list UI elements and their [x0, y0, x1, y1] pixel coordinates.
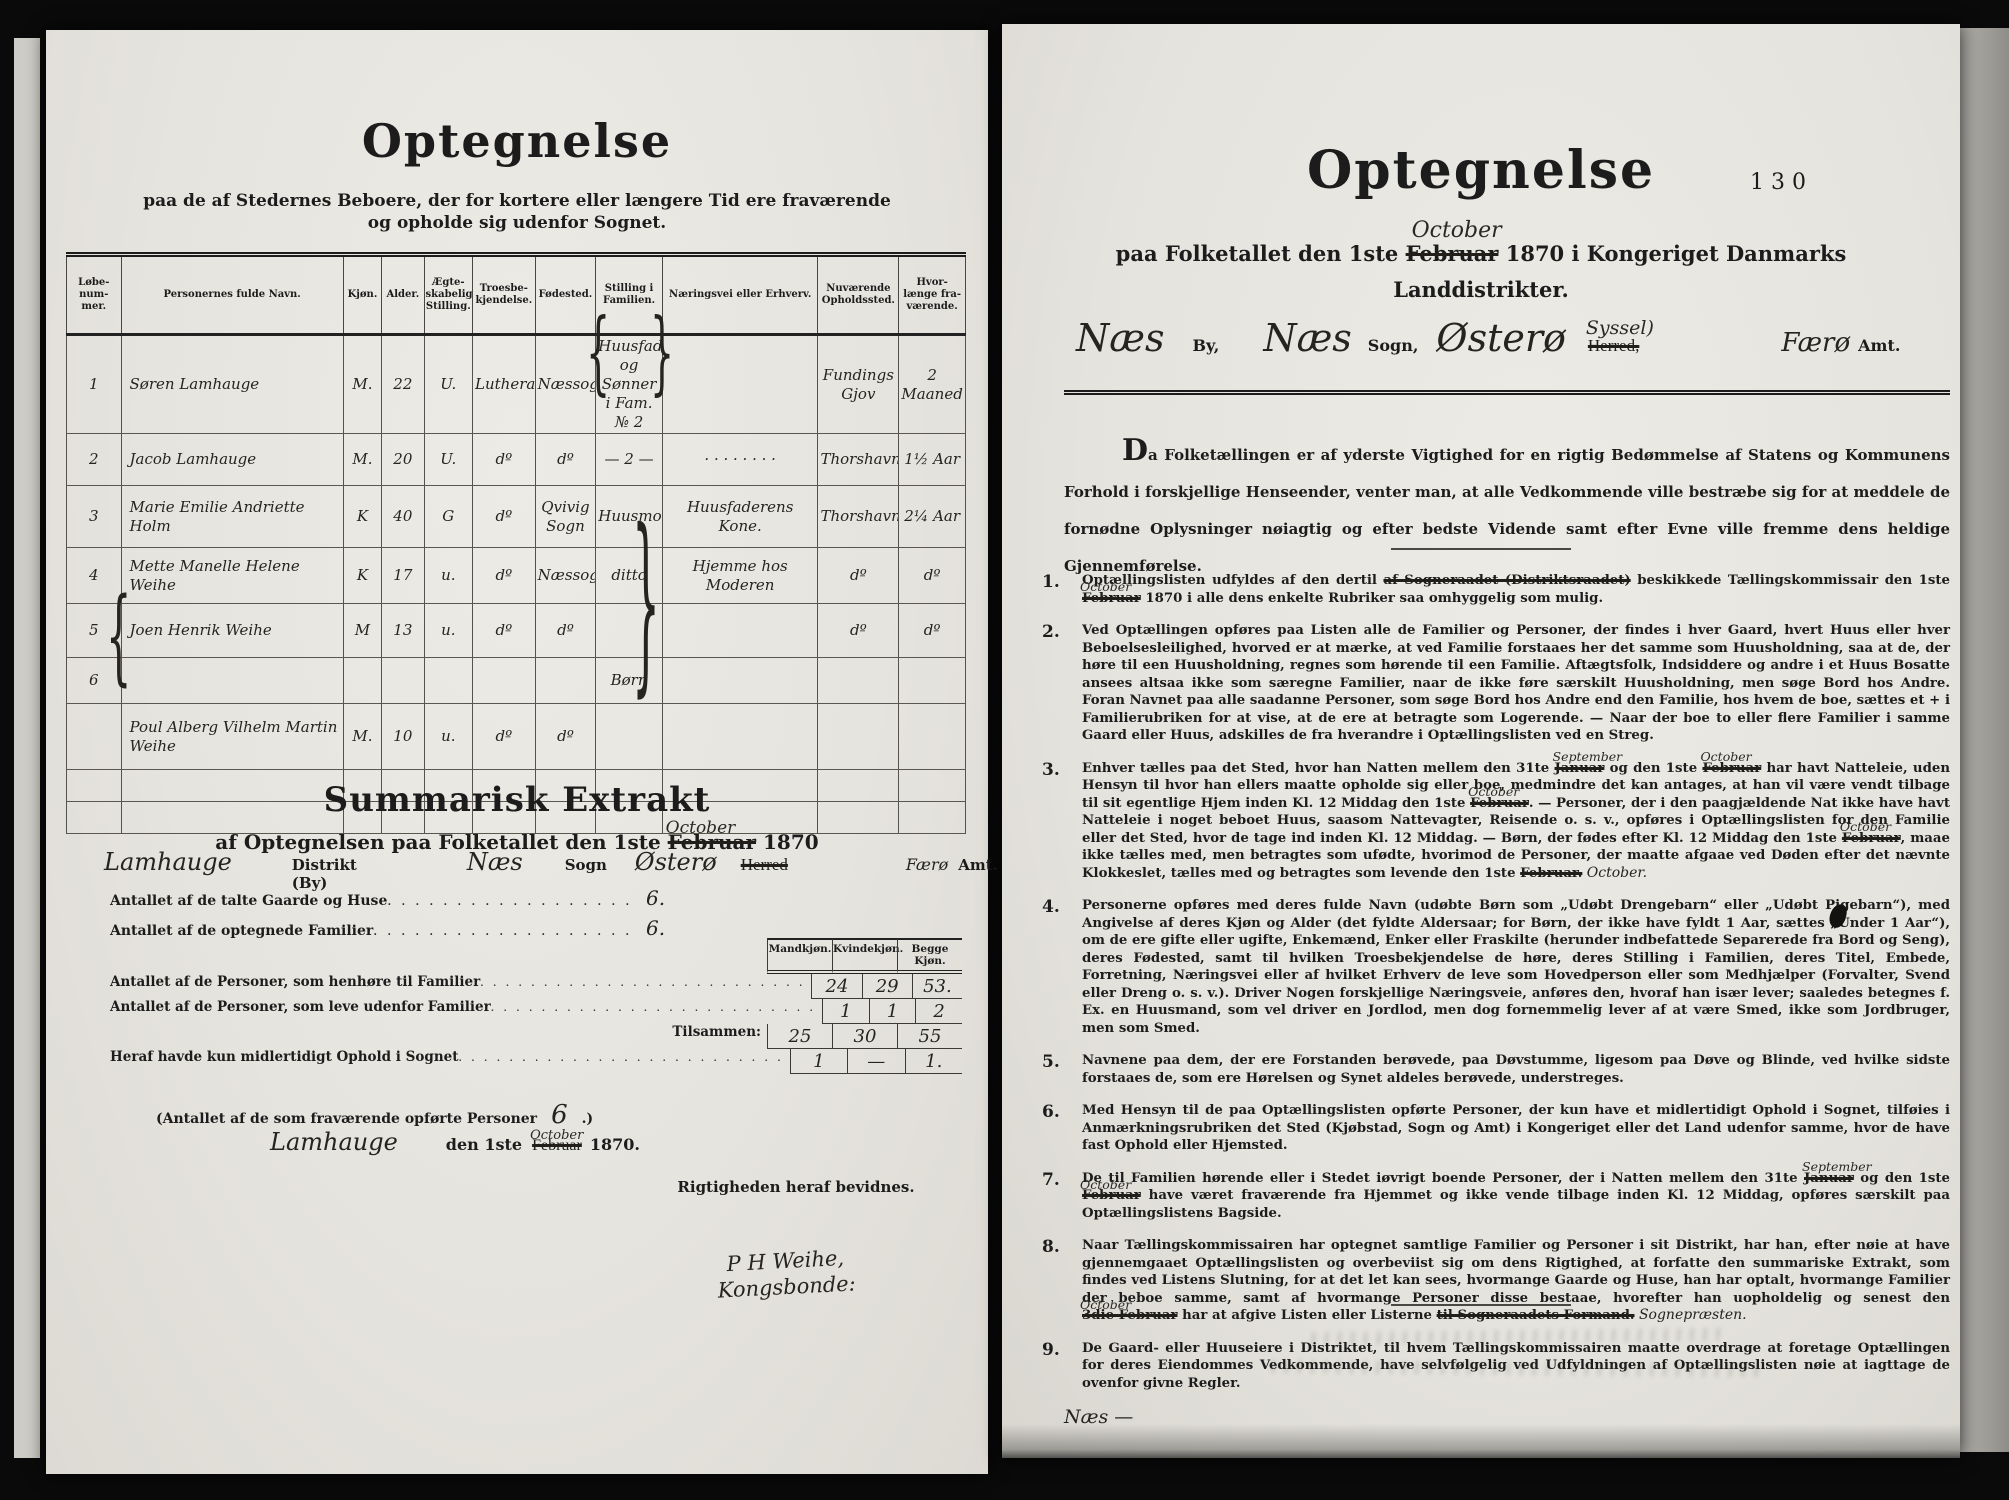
handwritten-entry: 30	[854, 1026, 877, 1047]
summary-row-label: Antallet af de Personer, som leve udenfo…	[110, 999, 822, 1024]
struck-text: til Sogneraadets Formand.	[1437, 1308, 1635, 1323]
handwritten-text: October.	[1582, 865, 1647, 881]
struck-text-with-correction: FebruarOctober	[532, 1137, 582, 1155]
handwritten-entry: dº	[496, 507, 513, 525]
table-cell: Qvivig Sogn	[535, 486, 596, 548]
handwritten-text: Næs	[467, 848, 523, 876]
handwritten-entry: u.	[441, 566, 455, 584]
instruction-body: De til Familien hørende eller i Stedet i…	[1082, 1170, 1950, 1223]
instruction-number: 1.	[1042, 572, 1082, 607]
table-cell	[662, 704, 818, 770]
summary-column-header: Mandkjøn.	[767, 938, 832, 974]
struck-text-with-correction: FebruarOctober	[1470, 795, 1529, 813]
table-cell	[899, 658, 966, 704]
handwritten-text: Østerø	[1436, 316, 1565, 360]
table-cell	[473, 658, 536, 704]
handwritten-entry: U.	[440, 450, 456, 468]
summary-value-cell: 1	[790, 1049, 847, 1074]
handwritten-entry: Lutheran	[475, 375, 535, 393]
handwritten-entry: 1.	[925, 1051, 942, 1072]
table-cell: 2¼ Aar	[899, 486, 966, 548]
table-cell: ditto	[596, 548, 663, 604]
handwritten-entry: dº	[557, 621, 574, 639]
table-cell: Jacob Lamhauge	[121, 434, 343, 486]
instruction-number: 9.	[1042, 1340, 1082, 1393]
handwritten-entry: —	[867, 1051, 885, 1072]
table-row: 2Jacob LamhaugeM.20U.dºdº— 2 —· · · · · …	[67, 434, 966, 486]
struck-text-with-correction: FebruarOctober	[1842, 830, 1901, 848]
left-page: Optegnelse paa de af Stedernes Beboere, …	[46, 30, 988, 1474]
handwritten-entry: · · · · · · · ·	[704, 450, 776, 468]
dot-leader	[458, 1049, 783, 1065]
printed-text: den 1ste	[446, 1135, 522, 1154]
summary-value-cell: 25	[767, 1024, 832, 1049]
handwritten-entry: Huusfaderens Kone.	[687, 498, 793, 535]
table-cell: 1½ Aar	[899, 434, 966, 486]
table-header-cell: Alder.	[382, 255, 424, 335]
printed-text: Med Hensyn til de paa Optællingslisten o…	[1082, 1103, 1950, 1153]
handwritten-text: Østerø	[635, 848, 717, 876]
handwritten-entry: M.	[352, 727, 372, 745]
handwritten-entry: 29	[876, 976, 899, 997]
table-cell	[596, 604, 663, 658]
left-page-subtitle: paa de af Stedernes Beboere, der for kor…	[137, 190, 897, 234]
summary-row: Antallet af de Personer, som henhøre til…	[110, 974, 962, 999]
instruction-item: 2.Ved Optællingen opføres paa Listen all…	[1042, 622, 1950, 745]
table-cell: Poul Alberg Vilhelm Martin Weihe	[121, 704, 343, 770]
handwritten-entry: Huusfader og Sønner i Fam. № 2	[598, 337, 662, 431]
summary-row: Antallet af de Personer, som leve udenfo…	[110, 999, 962, 1024]
table-cell: 17	[382, 548, 424, 604]
handwritten-entry: Mette Manelle Helene Weihe	[130, 557, 300, 594]
handwritten-correction: September	[1802, 1158, 1872, 1176]
handwritten-entry: 2	[933, 1001, 944, 1022]
count-value: 6.	[636, 886, 700, 910]
count-label: Antallet af de talte Gaarde og Huse	[110, 893, 387, 909]
handwritten-correction: October	[1412, 213, 1502, 249]
table-cell: Marie Emilie Andriette Holm	[121, 486, 343, 548]
printed-text: Naar Tællingskommissairen har optegnet s…	[1082, 1238, 1950, 1306]
bottom-handwritten-note: Næs —	[1064, 1406, 1133, 1428]
table-cell: 5	[67, 604, 122, 658]
handwritten-text: 6	[551, 1100, 568, 1130]
printed-text: har at afgive Listen eller Listerne	[1177, 1308, 1436, 1323]
handwritten-correction: Syssel)	[1586, 317, 1654, 339]
handwritten-entry: dº	[496, 450, 513, 468]
struck-text-with-correction: JanuarSeptember	[1555, 760, 1605, 778]
table-cell	[662, 604, 818, 658]
instruction-number: 2.	[1042, 622, 1082, 745]
handwritten-entry: Søren Lamhauge	[130, 375, 260, 393]
table-cell: — 2 —	[596, 434, 663, 486]
table-cell	[535, 658, 596, 704]
table-cell: 13	[382, 604, 424, 658]
count-line: Antallet af de talte Gaarde og Huse6.	[110, 886, 700, 910]
table-cell: 6	[67, 658, 122, 704]
table-cell: Huusmoder	[596, 486, 663, 548]
printed-text: Personerne opføres med deres fulde Navn …	[1082, 898, 1950, 1036]
adjacent-page-edge	[14, 38, 40, 1458]
handwritten-entry: 53.	[923, 976, 952, 997]
count-label: Antallet af de optegnede Familier	[110, 923, 373, 939]
handwritten-entry: M	[355, 621, 370, 639]
table-cell: Næssogn	[535, 335, 596, 434]
extract-title: Summarisk Extrakt	[46, 780, 988, 820]
handwritten-text: Lamhauge	[270, 1128, 398, 1156]
printed-text: .)	[582, 1111, 594, 1127]
table-cell: dº	[473, 434, 536, 486]
handwritten-entry: 20	[393, 450, 412, 468]
handwritten-entry: Huusmoder	[598, 507, 662, 525]
dot-leader	[491, 999, 816, 1015]
count-value: 6.	[636, 916, 700, 940]
table-row: 6Børn	[67, 658, 966, 704]
table-cell: Mette Manelle Helene Weihe	[121, 548, 343, 604]
printed-text: 1870.	[590, 1135, 640, 1154]
handwritten-correction: October	[666, 818, 736, 838]
handwritten-entry: 2	[89, 450, 99, 468]
handwritten-correction: September	[1553, 748, 1623, 766]
table-cell	[662, 335, 818, 434]
summary-value-cell: 1	[869, 999, 916, 1024]
table-cell: Børn	[596, 658, 663, 704]
handwritten-entry: 17	[393, 566, 412, 584]
summary-label-text: Heraf havde kun midlertidigt Ophold i So…	[110, 1049, 458, 1065]
dot-leader	[387, 892, 636, 910]
instruction-body: Optællingslisten udfyldes af den dertil …	[1082, 572, 1950, 607]
table-cell: M	[343, 604, 381, 658]
summary-header-row: Mandkjøn.Kvindekjøn.Begge Kjøn.	[110, 938, 962, 974]
handwritten-entry: Thorshavn	[820, 450, 898, 468]
right-page: Optegnelse 130 paa Folketallet den 1ste …	[1002, 24, 1960, 1458]
handwritten-text: Næs	[1263, 316, 1351, 360]
handwritten-entry: dº	[557, 727, 574, 745]
struck-text-with-correction: FebruarOctober	[1082, 1187, 1141, 1205]
struck-text-with-correction: FebruarOctober	[1406, 236, 1499, 272]
summary-row-label: Heraf havde kun midlertidigt Ophold i So…	[110, 1049, 790, 1074]
handwritten-entry: Jacob Lamhauge	[130, 450, 257, 468]
table-cell: Næssogn	[535, 548, 596, 604]
handwritten-entry: 1½ Aar	[904, 450, 960, 468]
table-cell: dº	[535, 604, 596, 658]
table-body: 1Søren LamhaugeM.22U.LutheranNæssognHuus…	[67, 335, 966, 834]
table-cell: Thorshavn	[818, 486, 899, 548]
handwritten-entry: u.	[441, 621, 455, 639]
double-rule	[1064, 390, 1950, 395]
absent-persons-note: (Antallet af de som fraværende opførte P…	[156, 1100, 593, 1130]
printed-text: De til Familien hørende eller i Stedet i…	[1082, 1171, 1804, 1186]
place-line: NæsBy,NæsSogn,ØsterøHerred,Syssel)FærøAm…	[1002, 316, 1960, 396]
table-cell: U.	[424, 335, 472, 434]
table-header-cell: Næringsvei eller Erhverv.	[662, 255, 818, 335]
table-cell: dº	[473, 548, 536, 604]
summary-label-spacer	[110, 938, 767, 974]
handwritten-entry: Poul Alberg Vilhelm Martin Weihe	[130, 718, 338, 755]
handwritten-entry: K	[357, 507, 368, 525]
handwritten-correction: October	[1080, 578, 1131, 596]
handwritten-entry: K	[357, 566, 368, 584]
summary-row: Tilsammen:253055	[110, 1024, 962, 1049]
summary-value-cell: 53.	[912, 974, 962, 999]
handwritten-entry: 24	[826, 976, 849, 997]
handwritten-entry: Joen Henrik Weihe	[130, 621, 272, 639]
printed-text: paa Folketallet den 1ste	[1116, 241, 1406, 266]
handwritten-correction: October	[530, 1128, 583, 1143]
struck-text: Herred	[741, 855, 788, 875]
table-row: 4Mette Manelle Helene WeiheK17u.dºNæssog…	[67, 548, 966, 604]
summary-value-cell: 2	[915, 999, 962, 1024]
table-cell: dº	[899, 548, 966, 604]
table-cell	[121, 658, 343, 704]
instruction-item: 7.De til Familien hørende eller i Stedet…	[1042, 1170, 1950, 1223]
table-cell: u.	[424, 548, 472, 604]
instruction-item: 3.Enhver tælles paa det Sted, hvor han N…	[1042, 760, 1950, 883]
handwritten-entry: dº	[924, 566, 941, 584]
table-cell	[343, 658, 381, 704]
signature: P H Weihe, Kongsbonde:	[635, 1240, 937, 1308]
summary-row-label: Antallet af de Personer, som henhøre til…	[110, 974, 811, 999]
summary-column-header: Begge Kjøn.	[897, 938, 962, 974]
handwritten-text: Lamhauge	[104, 848, 232, 876]
handwritten-entry: dº	[850, 566, 867, 584]
table-cell: M.	[343, 335, 381, 434]
handwritten-entry: ditto	[611, 566, 647, 584]
table-header-cell: Personernes fulde Navn.	[121, 255, 343, 335]
table-cell: Huusfader og Sønner i Fam. № 2	[596, 335, 663, 434]
instructions-list: 1.Optællingslisten udfyldes af den derti…	[1042, 572, 1950, 1407]
instruction-number: 5.	[1042, 1052, 1082, 1087]
printed-text: Amt.	[1858, 336, 1900, 355]
table-header-row: Løbe-num-mer.Personernes fulde Navn.Kjøn…	[67, 255, 966, 335]
table-cell: dº	[535, 704, 596, 770]
instruction-item: 6.Med Hensyn til de paa Optællingslisten…	[1042, 1102, 1950, 1155]
section-divider	[1391, 1304, 1571, 1306]
table-header-cell: Fødested.	[535, 255, 596, 335]
handwritten-correction: October	[1468, 783, 1519, 801]
printed-text: have været fraværende fra Hjemmet og ikk…	[1082, 1188, 1950, 1221]
table-cell: K	[343, 486, 381, 548]
intro-paragraph: Da Folketællingen er af yderste Vigtighe…	[1064, 432, 1950, 585]
instruction-number: 4.	[1042, 897, 1082, 1037]
handwritten-entry: 55	[919, 1026, 942, 1047]
handwritten-correction: October	[1080, 1296, 1131, 1314]
summary-value-cell: 29	[862, 974, 912, 999]
table-cell: dº	[473, 704, 536, 770]
table-cell: 2 Maaned	[899, 335, 966, 434]
summary-value-cell: 55	[897, 1024, 962, 1049]
table-row: Poul Alberg Vilhelm Martin WeiheM.10u.dº…	[67, 704, 966, 770]
handwritten-entry: 1	[887, 1001, 898, 1022]
summary-table: Mandkjøn.Kvindekjøn.Begge Kjøn.Antallet …	[110, 938, 962, 1074]
handwritten-entry: dº	[496, 621, 513, 639]
table-cell: 2	[67, 434, 122, 486]
instruction-number: 7.	[1042, 1170, 1082, 1223]
handwritten-entry: Børn	[611, 671, 648, 689]
printed-text: Enhver tælles paa det Sted, hvor han Nat…	[1082, 761, 1555, 776]
table-cell: dº	[818, 548, 899, 604]
struck-text-with-correction: JanuarSeptember	[1804, 1170, 1854, 1188]
summary-label-text: Antallet af de Personer, som henhøre til…	[110, 974, 480, 990]
handwritten-entry: 2 Maaned	[901, 366, 962, 403]
table-cell: Fundings Gjov	[818, 335, 899, 434]
table-cell: M.	[343, 704, 381, 770]
absent-persons-table: Løbe-num-mer.Personernes fulde Navn.Kjøn…	[66, 252, 966, 834]
summary-row: Heraf havde kun midlertidigt Ophold i So…	[110, 1049, 962, 1074]
book-edge	[1960, 28, 2009, 1452]
table-cell: dº	[473, 486, 536, 548]
handwritten-correction: October	[1080, 1176, 1131, 1194]
printed-text: Navnene paa dem, der ere Forstanden berø…	[1082, 1053, 1950, 1086]
table-cell: Søren Lamhauge	[121, 335, 343, 434]
printed-text: 1870 i alle dens enkelte Rubriker saa om…	[1141, 591, 1603, 606]
table-cell: U.	[424, 434, 472, 486]
handwritten-text: Færø	[906, 855, 948, 874]
handwritten-text: Færø	[1781, 328, 1850, 358]
handwritten-entry: Marie Emilie Andriette Holm	[130, 498, 305, 535]
printed-text: beskikkede Tællingskommissair den 1ste	[1631, 573, 1950, 588]
table-cell: dº	[899, 604, 966, 658]
printed-text: (Antallet af de som fraværende opførte P…	[156, 1111, 537, 1127]
summary-label-text: Antallet af de Personer, som leve udenfo…	[110, 999, 491, 1015]
right-page-title: Optegnelse	[1002, 140, 1960, 201]
table-header-cell: Nuværende Opholdssted.	[818, 255, 899, 335]
printed-text: By,	[1192, 336, 1219, 355]
section-divider	[1391, 548, 1571, 550]
struck-text-with-correction: FebruarOctober	[1702, 760, 1761, 778]
table-cell	[818, 704, 899, 770]
summary-value-cell: 1	[822, 999, 869, 1024]
table-cell: 22	[382, 335, 424, 434]
table-cell: 1	[67, 335, 122, 434]
handwritten-entry: 1	[813, 1051, 824, 1072]
handwritten-entry: M.	[352, 450, 372, 468]
table-row: 3Marie Emilie Andriette HolmK40GdºQvivig…	[67, 486, 966, 548]
handwritten-entry: dº	[557, 450, 574, 468]
district-line: LamhaugeDistrikt (By)NæsSognØsterøHerred…	[46, 848, 988, 888]
handwritten-entry: 2¼ Aar	[904, 507, 960, 525]
handwritten-text: Sognepræsten.	[1635, 1307, 1747, 1323]
table-cell: dº	[535, 434, 596, 486]
handwritten-correction: October	[1700, 748, 1751, 766]
handwritten-entry: 1	[840, 1001, 851, 1022]
instruction-item: 4.Personerne opføres med deres fulde Nav…	[1042, 897, 1950, 1037]
table-cell	[382, 658, 424, 704]
date-line: Lamhaugeden 1steFebruarOctober1870.	[46, 1128, 988, 1174]
right-page-subtitle: paa Folketallet den 1ste FebruarOctober …	[1081, 236, 1881, 308]
struck-text-with-correction: FebruarOctober	[1082, 590, 1141, 608]
table-header: Løbe-num-mer.Personernes fulde Navn.Kjøn…	[67, 255, 966, 335]
table-cell: G	[424, 486, 472, 548]
instruction-item: 1.Optællingslisten udfyldes af den derti…	[1042, 572, 1950, 607]
handwritten-entry: Næssogn	[538, 566, 596, 584]
summary-label-text: Tilsammen:	[672, 1024, 761, 1040]
struck-text: Februar.	[1520, 866, 1582, 881]
table-cell: Lutheran	[473, 335, 536, 434]
table-cell	[899, 704, 966, 770]
summary-value-cell: 1.	[905, 1049, 962, 1074]
printed-text: Ved Optællingen opføres paa Listen alle …	[1082, 623, 1950, 743]
handwritten-entry: 6	[89, 671, 99, 689]
table-cell: K	[343, 548, 381, 604]
table-cell: M.	[343, 434, 381, 486]
summary-column-header: Kvindekjøn.	[832, 938, 897, 974]
printed-text: Amt.	[958, 856, 998, 874]
handwritten-entry: 13	[393, 621, 412, 639]
instruction-item: 8.Naar Tællingskommissairen har optegnet…	[1042, 1237, 1950, 1325]
table-cell: 3	[67, 486, 122, 548]
summary-row-label: Tilsammen:	[110, 1024, 767, 1049]
instruction-body: Naar Tællingskommissairen har optegnet s…	[1082, 1237, 1950, 1325]
handwritten-entry: M.	[352, 375, 372, 393]
handwritten-entry: 10	[393, 727, 412, 745]
table-cell	[596, 704, 663, 770]
table-cell	[818, 658, 899, 704]
table-row: 1Søren LamhaugeM.22U.LutheranNæssognHuus…	[67, 335, 966, 434]
instruction-body: Navnene paa dem, der ere Forstanden berø…	[1082, 1052, 1950, 1087]
handwritten-entry: Næssogn	[538, 375, 596, 393]
table-header-cell: Løbe-num-mer.	[67, 255, 122, 335]
page-number: 130	[1750, 170, 1813, 195]
handwritten-entry: 3	[89, 507, 99, 525]
handwritten-entry: Fundings Gjov	[823, 366, 894, 403]
summary-value-cell: —	[847, 1049, 904, 1074]
table-cell: u.	[424, 604, 472, 658]
table-cell: 10	[382, 704, 424, 770]
instruction-item: 5.Navnene paa dem, der ere Forstanden be…	[1042, 1052, 1950, 1087]
table-header-cell: Hvor-længe fra-værende.	[899, 255, 966, 335]
handwritten-entry: Hjemme hos Moderen	[693, 557, 788, 594]
handwritten-entry: 40	[393, 507, 412, 525]
attestation-text: Rigtigheden heraf bevidnes.	[646, 1178, 946, 1196]
table-row: 5Joen Henrik WeiheM13u.dºdºdºdº	[67, 604, 966, 658]
instruction-body: Personerne opføres med deres fulde Navn …	[1082, 897, 1950, 1037]
table-cell	[662, 658, 818, 704]
handwritten-entry: Thorshavn	[820, 507, 898, 525]
table-cell: 4	[67, 548, 122, 604]
table-cell: · · · · · · · ·	[662, 434, 818, 486]
table-header-cell: Kjøn.	[343, 255, 381, 335]
handwritten-entry: U.	[440, 375, 456, 393]
struck-text: af Sogneraadet (Distriktsraadet)	[1383, 573, 1630, 588]
handwritten-entry: 22	[393, 375, 412, 393]
table-cell: Joen Henrik Weihe	[121, 604, 343, 658]
instruction-number: 6.	[1042, 1102, 1082, 1155]
handwritten-entry: dº	[850, 621, 867, 639]
table-cell: Huusfaderens Kone.	[662, 486, 818, 548]
table-cell: dº	[473, 604, 536, 658]
handwritten-entry: G	[442, 507, 454, 525]
instruction-number: 8.	[1042, 1237, 1082, 1325]
table-cell	[424, 658, 472, 704]
table-header-cell: Troesbe-kjendelse.	[473, 255, 536, 335]
summary-value-cell: 30	[832, 1024, 897, 1049]
handwritten-entry: — 2 —	[605, 450, 654, 468]
handwritten-entry: dº	[496, 566, 513, 584]
instruction-body: Ved Optællingen opføres paa Listen alle …	[1082, 622, 1950, 745]
printed-text: Sogn,	[1368, 336, 1419, 355]
handwritten-entry: 5	[89, 621, 99, 639]
handwritten-correction: October	[1840, 818, 1891, 836]
table-cell: dº	[818, 604, 899, 658]
handwritten-entry: 1	[89, 375, 99, 393]
dot-leader	[480, 974, 805, 990]
handwritten-entry: Qvivig Sogn	[541, 498, 589, 535]
handwritten-entry: 25	[789, 1026, 812, 1047]
table-header-cell: Stilling i Familien.	[596, 255, 663, 335]
summary-value-cell: 24	[811, 974, 861, 999]
handwritten-entry: 4	[89, 566, 99, 584]
table-cell: 40	[382, 486, 424, 548]
